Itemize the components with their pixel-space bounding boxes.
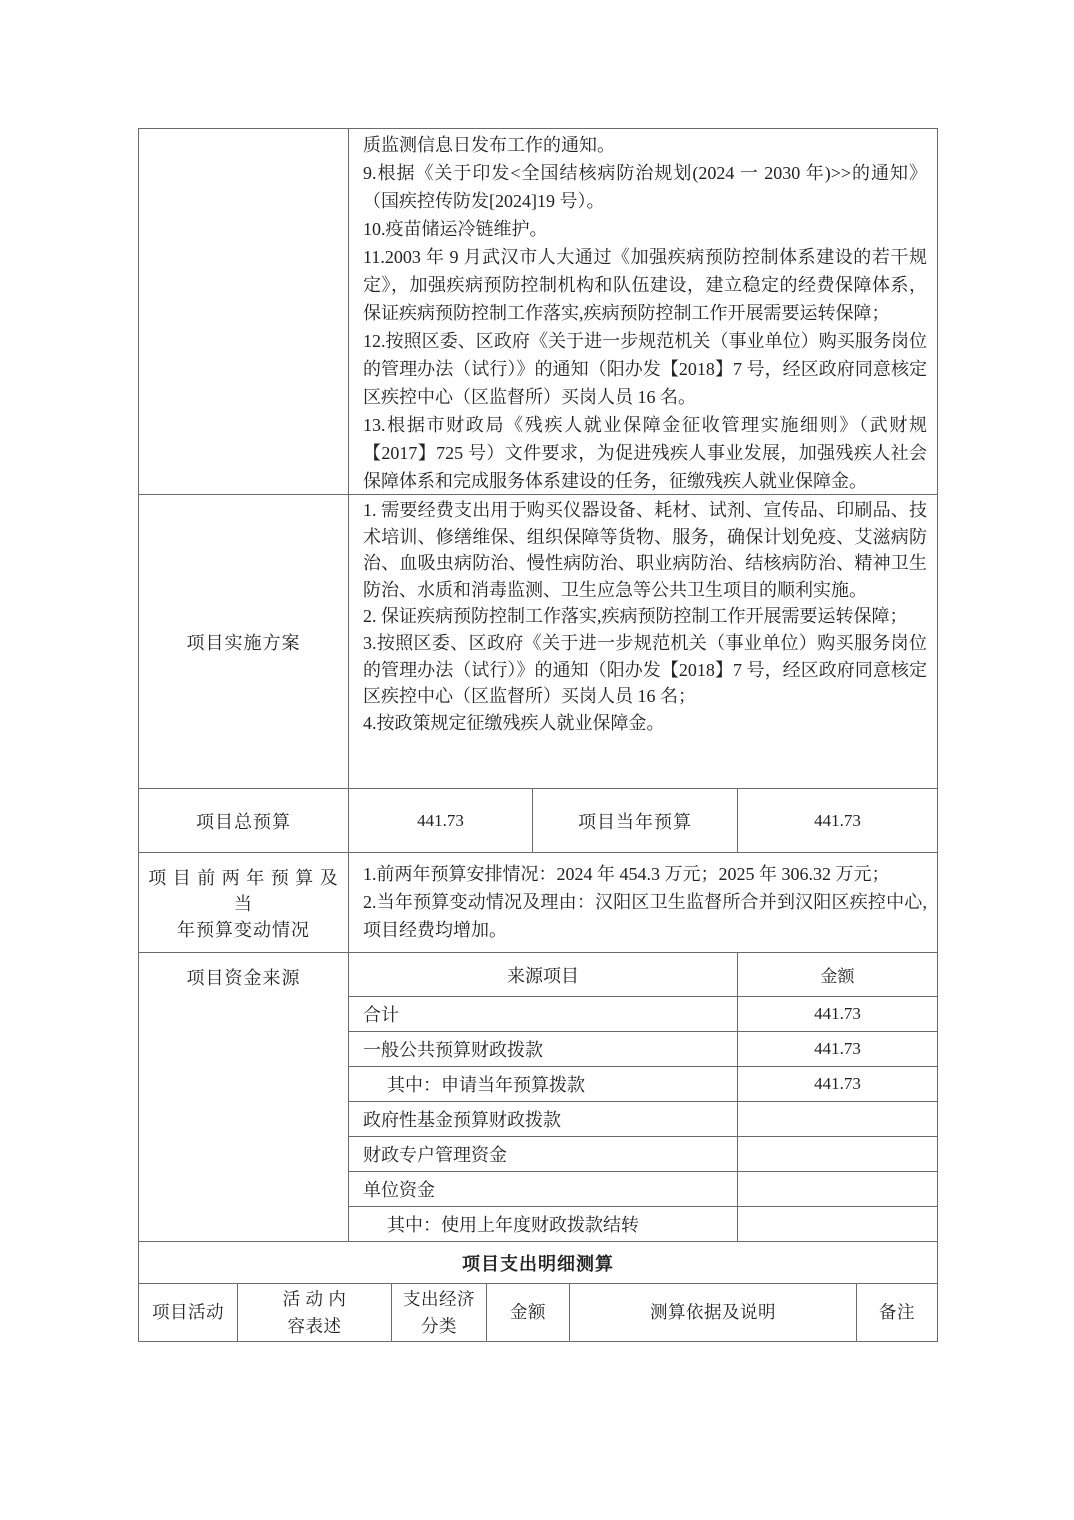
funding-header-source: 来源项目 <box>349 953 738 997</box>
col-header-line: 活 动 内 <box>283 1286 347 1313</box>
funding-amount-value: 441.73 <box>738 997 938 1032</box>
prior-budget-item: 2.当年预算变动情况及理由：汉阳区卫生监督所合并到汉阳区疾控中心,项目经费均增加… <box>363 888 927 944</box>
col-header-line: 容表述 <box>288 1313 342 1340</box>
current-year-budget-value: 441.73 <box>738 789 938 853</box>
funding-source-label: 其中：使用上年度财政拨款结转 <box>349 1207 738 1242</box>
col-header-activity-description: 活 动 内 容表述 <box>238 1284 392 1342</box>
basis-item: 11.2003 年 9 月武汉市人大通过《加强疾病预防控制体系建设的若干规定》，… <box>363 243 927 327</box>
basis-label-cell-empty <box>139 129 349 495</box>
funding-amount-value <box>738 1102 938 1137</box>
col-header-calculation-basis: 测算依据及说明 <box>570 1284 857 1342</box>
prior-budget-label-line2: 年预算变动情况 <box>177 916 310 942</box>
col-header-project-activity: 项目活动 <box>139 1284 238 1342</box>
funding-source-label: 合计 <box>349 997 738 1032</box>
funding-row-total: 合计 441.73 <box>349 997 938 1032</box>
col-header-line: 备注 <box>879 1299 915 1326</box>
col-header-line: 分类 <box>421 1313 457 1340</box>
funding-amount-value <box>738 1172 938 1207</box>
funding-sources-subtable: 来源项目 金额 合计 441.73 一般公共预算财政拨款 441.73 其中：申… <box>349 953 938 1242</box>
funding-row-special-account: 财政专户管理资金 <box>349 1137 938 1172</box>
basis-content-cell: 质监测信息日发布工作的通知。 9.根据《关于印发<全国结核病防治规划(2024 … <box>349 129 938 495</box>
basis-item: 12.按照区委、区政府《关于进一步规范机关（事业单位）购买服务岗位的管理办法（试… <box>363 327 927 411</box>
basis-item: 9.根据《关于印发<全国结核病防治规划(2024 一 2030 年)>>的通知》… <box>363 159 927 215</box>
row-implementation-plan: 项目实施方案 1. 需要经费支出用于购买仪器设备、耗材、试剂、宣传品、印刷品、技… <box>139 495 938 789</box>
funding-source-label: 其中：申请当年预算拨款 <box>349 1067 738 1102</box>
implementation-item: 3.按照区委、区政府《关于进一步规范机关（事业单位）购买服务岗位的管理办法（试行… <box>363 630 927 710</box>
basis-item: 13.根据市财政局《残疾人就业保障金征收管理实施细则》（武财规【2017】725… <box>363 411 927 495</box>
col-header-line: 金额 <box>510 1299 546 1326</box>
funding-row-general-public: 一般公共预算财政拨款 441.73 <box>349 1032 938 1067</box>
basis-item: 10.疫苗储运冷链维护。 <box>363 215 927 243</box>
row-project-basis-continuation: 质监测信息日发布工作的通知。 9.根据《关于印发<全国结核病防治规划(2024 … <box>139 129 938 495</box>
funding-source-label: 政府性基金预算财政拨款 <box>349 1102 738 1137</box>
col-header-expense-category: 支出经济 分类 <box>392 1284 487 1342</box>
implementation-item: 2. 保证疾病预防控制工作落实,疾病预防控制工作开展需要运转保障； <box>363 603 927 630</box>
current-year-budget-label: 项目当年预算 <box>533 789 738 853</box>
funding-row-current-year-request: 其中：申请当年预算拨款 441.73 <box>349 1067 938 1102</box>
row-detail-column-headers: 项目活动 活 动 内 容表述 支出经济 分类 金额 测算依据及说明 备注 <box>139 1284 938 1342</box>
implementation-item: 4.按政策规定征缴残疾人就业保障金。 <box>363 710 927 737</box>
prior-budget-item: 1.前两年预算安排情况：2024 年 454.3 万元；2025 年 306.3… <box>363 860 927 888</box>
prior-budget-label-line1: 项 目 前 两 年 预 算 及 当 <box>139 864 348 916</box>
row-prior-budget-changes: 项 目 前 两 年 预 算 及 当 年预算变动情况 1.前两年预算安排情况：20… <box>139 853 938 953</box>
funding-source-label: 一般公共预算财政拨款 <box>349 1032 738 1067</box>
detail-section-title: 项目支出明细测算 <box>139 1242 938 1284</box>
col-header-amount: 金额 <box>487 1284 570 1342</box>
total-budget-label: 项目总预算 <box>139 789 349 853</box>
funding-header-row: 来源项目 金额 <box>349 953 938 997</box>
funding-amount-value <box>738 1207 938 1242</box>
funding-header-amount: 金额 <box>738 953 938 997</box>
col-header-line: 项目活动 <box>152 1299 224 1326</box>
funding-row-unit-funds: 单位资金 <box>349 1172 938 1207</box>
total-budget-value: 441.73 <box>349 789 533 853</box>
funding-source-label: 单位资金 <box>349 1172 738 1207</box>
implementation-content-cell: 1. 需要经费支出用于购买仪器设备、耗材、试剂、宣传品、印刷品、技术培训、修缮维… <box>349 495 938 789</box>
funding-amount-value: 441.73 <box>738 1032 938 1067</box>
implementation-item: 1. 需要经费支出用于购买仪器设备、耗材、试剂、宣传品、印刷品、技术培训、修缮维… <box>363 497 927 603</box>
col-header-line: 测算依据及说明 <box>650 1299 776 1326</box>
funding-row-government-fund: 政府性基金预算财政拨款 <box>349 1102 938 1137</box>
col-header-remarks: 备注 <box>857 1284 938 1342</box>
funding-amount-value <box>738 1137 938 1172</box>
prior-budget-content-cell: 1.前两年预算安排情况：2024 年 454.3 万元；2025 年 306.3… <box>349 853 938 953</box>
implementation-label: 项目实施方案 <box>139 495 349 789</box>
funding-amount-value: 441.73 <box>738 1067 938 1102</box>
project-budget-table: 质监测信息日发布工作的通知。 9.根据《关于印发<全国结核病防治规划(2024 … <box>138 128 938 1342</box>
row-detail-section-title: 项目支出明细测算 <box>139 1242 938 1284</box>
row-funding-sources: 项目资金来源 来源项目 金额 合计 441.73 一般公共预算财政拨款 441.… <box>139 953 938 1242</box>
funding-sources-label: 项目资金来源 <box>139 953 349 1242</box>
funding-row-carryover: 其中：使用上年度财政拨款结转 <box>349 1207 938 1242</box>
prior-budget-label: 项 目 前 两 年 预 算 及 当 年预算变动情况 <box>139 853 349 953</box>
col-header-line: 支出经济 <box>403 1286 475 1313</box>
row-total-budget: 项目总预算 441.73 项目当年预算 441.73 <box>139 789 938 853</box>
basis-item: 质监测信息日发布工作的通知。 <box>363 131 927 159</box>
funding-source-label: 财政专户管理资金 <box>349 1137 738 1172</box>
